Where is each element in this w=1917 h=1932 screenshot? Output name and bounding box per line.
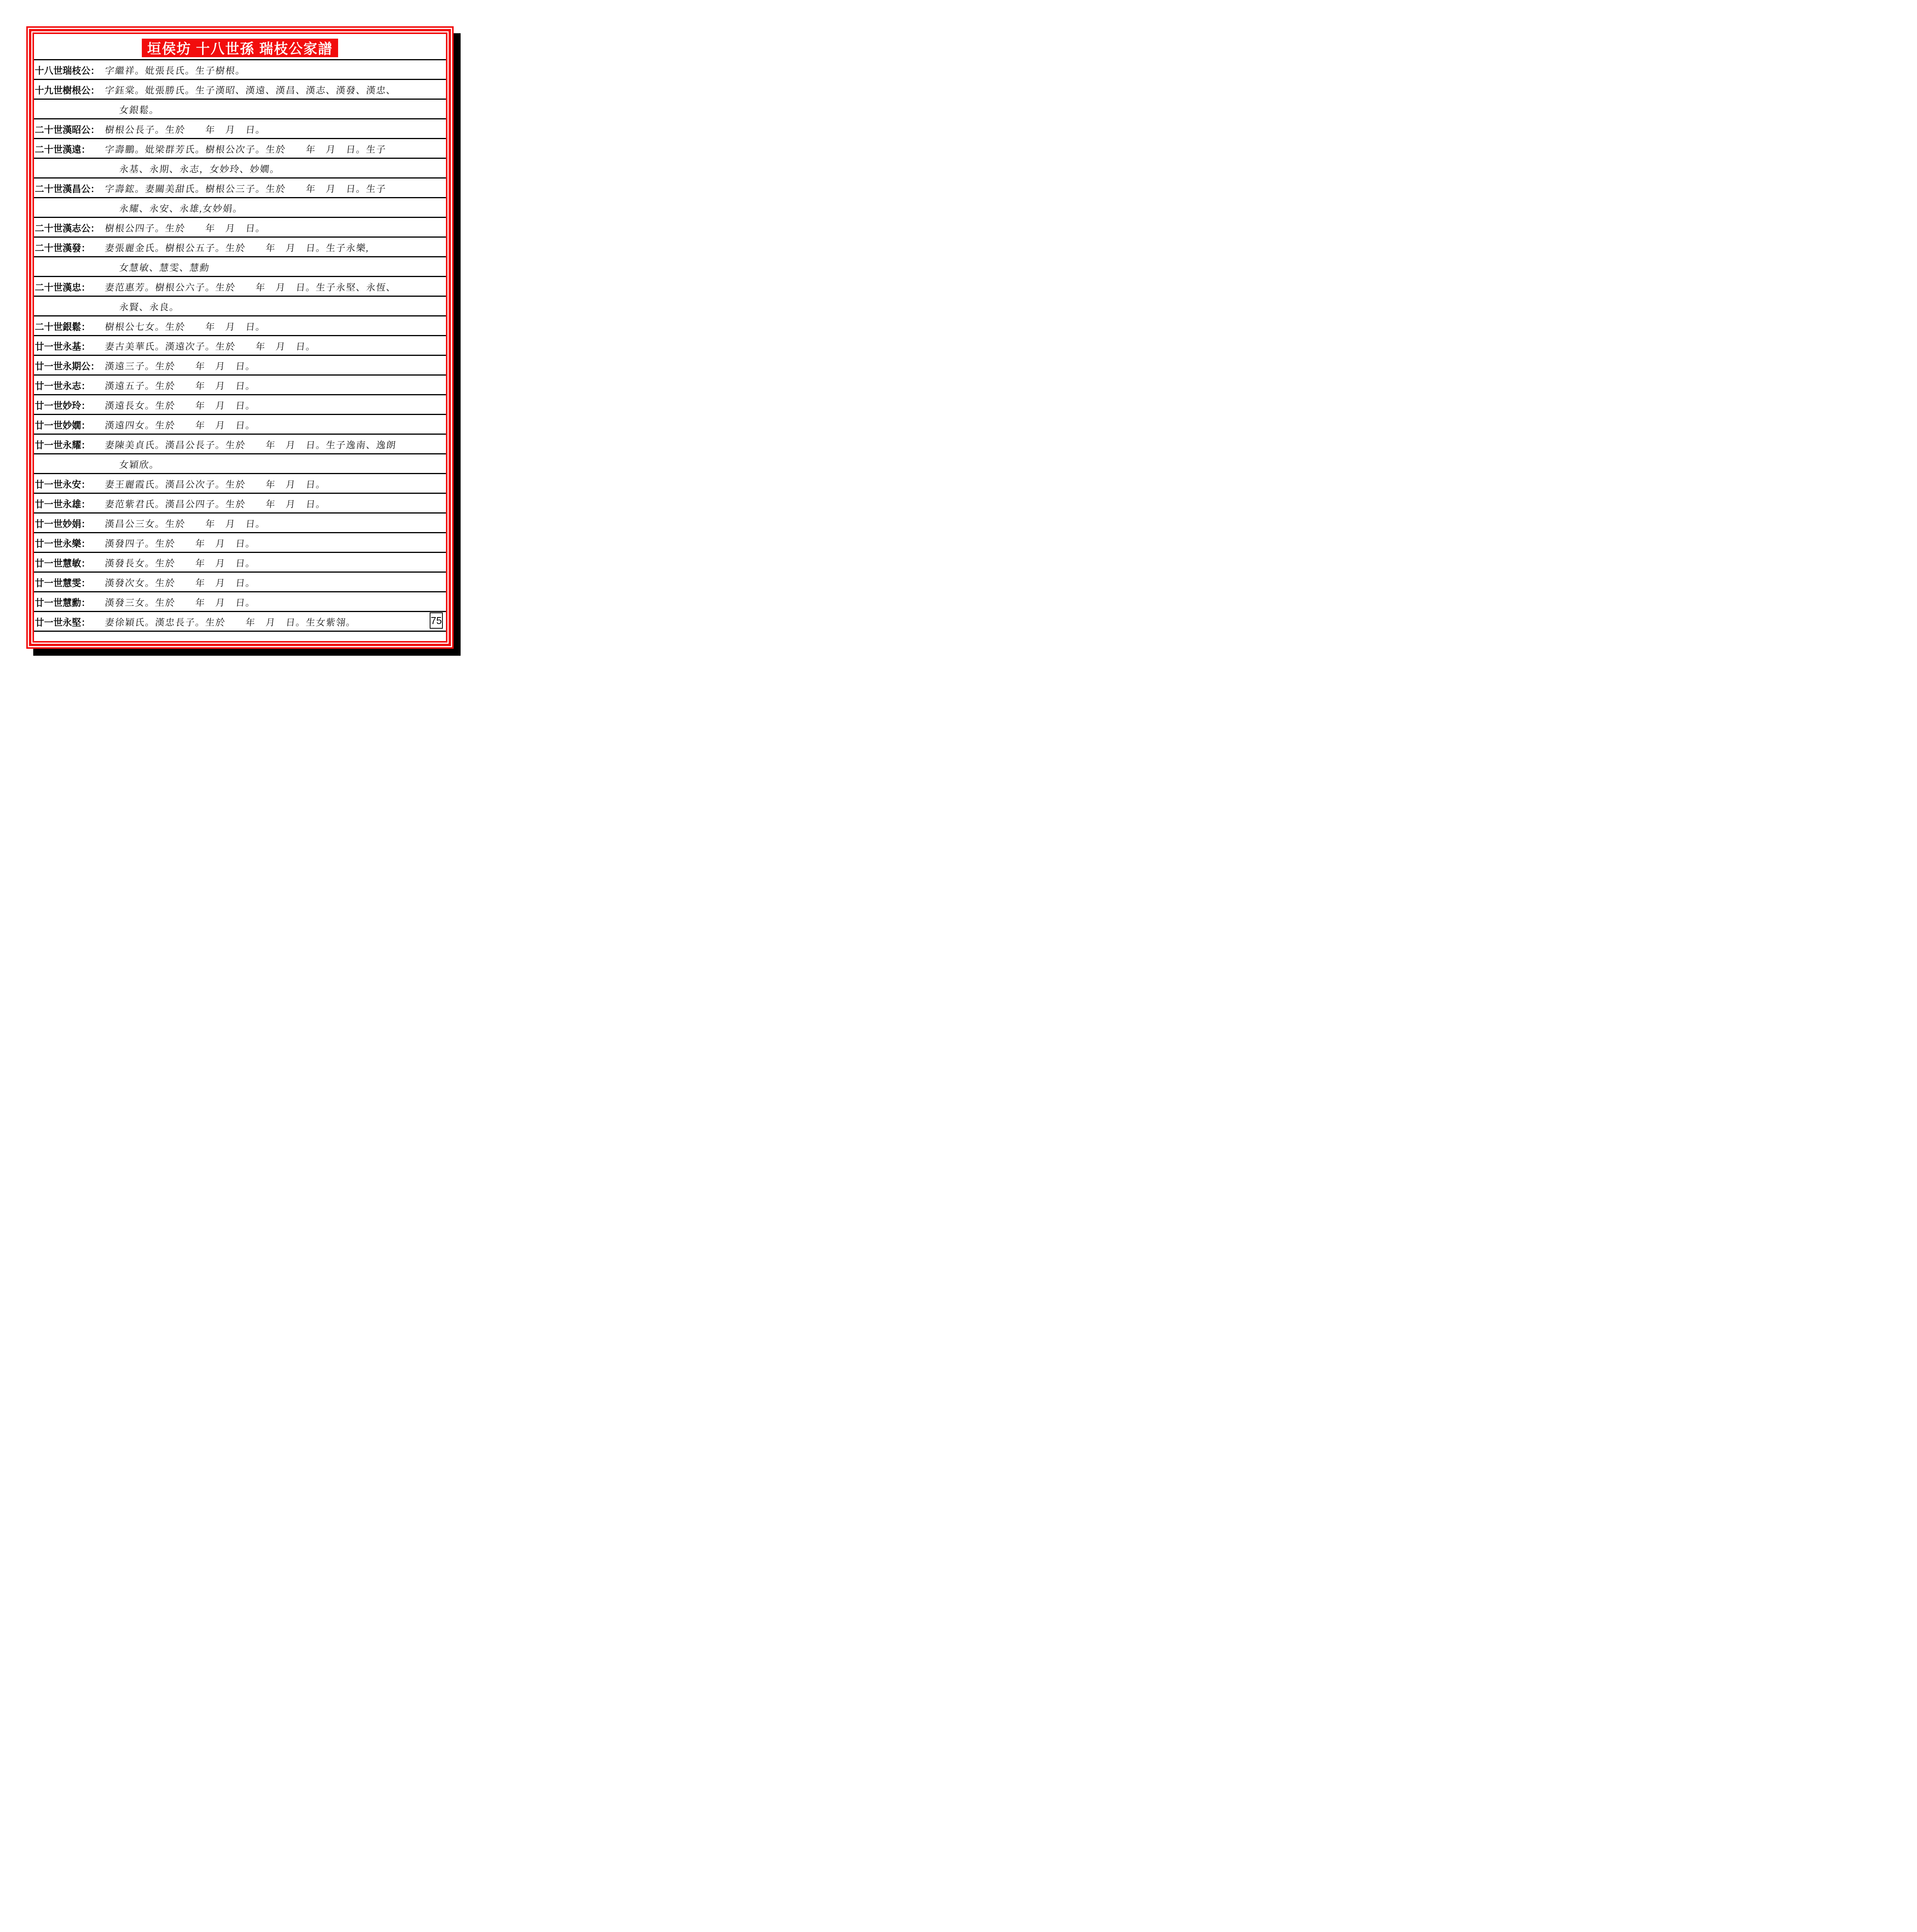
record-text: 漢遠五子。生於 年 月 日。 [104, 378, 257, 392]
record-row: 廿一世永志： 漢遠五子。生於 年 月 日。 [34, 376, 446, 395]
record-generation-label: 廿一世永樂： [34, 536, 104, 549]
record-text: 漢遠三子。生於 年 月 日。 [104, 359, 257, 372]
record-row: 二十世漢發： 妻張麗金氏。樹根公五子。生於 年 月 日。生子永樂, [34, 238, 446, 257]
record-generation-label: 十八世瑞枝公： [34, 63, 104, 77]
record-row: 廿一世永安： 妻王麗霞氏。漢昌公次子。生於 年 月 日。 [34, 474, 446, 494]
record-generation-label: 廿一世妙玲： [34, 398, 104, 412]
record-text: 漢發三女。生於 年 月 日。 [104, 595, 257, 609]
record-generation-label: 廿一世永安： [34, 477, 104, 490]
record-text: 妻范紫君氏。漢昌公四子。生於 年 月 日。 [104, 497, 327, 510]
page-number-badge: 75 [430, 612, 443, 629]
record-text: 妻張麗金氏。樹根公五子。生於 年 月 日。生子永樂, [104, 240, 370, 254]
record-row: 二十世漢昭公： 樹根公長子。生於 年 月 日。 [34, 119, 446, 139]
record-row: 女穎欣。 [34, 454, 446, 474]
record-generation-label: 二十世漢發： [34, 240, 104, 254]
record-text: 字繼祥。妣張長氏。生子樹根。 [104, 63, 247, 77]
record-generation-label: 二十世漢昌公： [34, 181, 104, 195]
record-row: 二十世漢遠： 字壽鵬。妣梁群芳氏。樹根公次子。生於 年 月 日。生子 [34, 139, 446, 159]
record-row: 二十世漢志公： 樹根公四子。生於 年 月 日。 [34, 218, 446, 238]
bottom-filler [34, 632, 446, 641]
record-text: 字壽鋐。妻關美甜氏。樹根公三子。生於 年 月 日。生子 [104, 181, 387, 195]
frame-middle: 垣侯坊 十八世孫 瑞枝公家譜 十八世瑞枝公： 字繼祥。妣張長氏。生子樹根。 十九… [29, 29, 451, 646]
record-text: 漢遠長女。生於 年 月 日。 [104, 398, 257, 412]
record-generation-label: 廿一世永期公： [34, 359, 104, 372]
record-generation-label: 二十世銀鬆： [34, 319, 104, 333]
record-text: 女銀鬆。 [104, 102, 160, 116]
record-generation-label: 廿一世永基： [34, 339, 104, 352]
record-generation-label: 廿一世妙娟： [34, 516, 104, 530]
record-text: 樹根公四子。生於 年 月 日。 [104, 221, 267, 234]
record-text: 女穎欣。 [104, 457, 160, 471]
record-row: 女慧敏、慧雯、慧勳 [34, 257, 446, 277]
record-row: 廿一世永耀： 妻陳美貞氏。漢昌公長子。生於 年 月 日。生子逸南、逸朗 [34, 435, 446, 454]
record-row: 廿一世慧敏： 漢發長女。生於 年 月 日。 [34, 553, 446, 573]
record-text: 漢昌公三女。生於 年 月 日。 [104, 516, 267, 530]
record-text: 永賢、永良。 [104, 299, 180, 313]
record-row: 廿一世妙玲： 漢遠長女。生於 年 月 日。 [34, 395, 446, 415]
record-generation-label: 廿一世永耀： [34, 437, 104, 451]
record-row: 廿一世永樂： 漢發四子。生於 年 月 日。 [34, 533, 446, 553]
record-row: 廿一世慧雯： 漢發次女。生於 年 月 日。 [34, 573, 446, 592]
record-row: 廿一世永期公： 漢遠三子。生於 年 月 日。 [34, 356, 446, 376]
record-text: 字鈺棠。妣張勝氏。生子漢昭、漢遠、漢昌、漢志、漢發、漢忠、 [104, 83, 397, 96]
record-generation-label: 二十世漢昭公： [34, 122, 104, 136]
record-generation-label: 二十世漢遠： [34, 142, 104, 155]
record-text: 樹根公長子。生於 年 月 日。 [104, 122, 267, 136]
document-canvas: 垣侯坊 十八世孫 瑞枝公家譜 十八世瑞枝公： 字繼祥。妣張長氏。生子樹根。 十九… [0, 0, 479, 678]
record-row: 廿一世妙娟： 漢昌公三女。生於 年 月 日。 [34, 514, 446, 533]
record-generation-label: 廿一世永雄： [34, 497, 104, 510]
records-container: 十八世瑞枝公： 字繼祥。妣張長氏。生子樹根。 十九世樹根公： 字鈺棠。妣張勝氏。… [34, 60, 446, 632]
record-text: 女慧敏、慧雯、慧勳 [104, 260, 211, 274]
frame-inner: 垣侯坊 十八世孫 瑞枝公家譜 十八世瑞枝公： 字繼祥。妣張長氏。生子樹根。 十九… [32, 32, 447, 643]
record-generation-label: 廿一世永志： [34, 378, 104, 392]
record-text: 妻陳美貞氏。漢昌公長子。生於 年 月 日。生子逸南、逸朗 [104, 437, 397, 451]
record-row: 二十世銀鬆： 樹根公七女。生於 年 月 日。 [34, 316, 446, 336]
record-row: 二十世漢昌公： 字壽鋐。妻關美甜氏。樹根公三子。生於 年 月 日。生子 [34, 179, 446, 198]
record-text: 永基、永期、永志，女妙玲、妙嫺。 [104, 162, 281, 175]
record-row: 廿一世妙嫺： 漢遠四女。生於 年 月 日。 [34, 415, 446, 435]
record-row: 廿一世永基： 妻古美華氏。漢遠次子。生於 年 月 日。 [34, 336, 446, 356]
record-text: 漢發長女。生於 年 月 日。 [104, 556, 257, 569]
sheet-content: 垣侯坊 十八世孫 瑞枝公家譜 十八世瑞枝公： 字繼祥。妣張長氏。生子樹根。 十九… [34, 34, 446, 641]
record-generation-label: 廿一世慧敏： [34, 556, 104, 569]
page-title: 垣侯坊 十八世孫 瑞枝公家譜 [142, 39, 338, 57]
record-text: 字壽鵬。妣梁群芳氏。樹根公次子。生於 年 月 日。生子 [104, 142, 387, 155]
record-row: 十八世瑞枝公： 字繼祥。妣張長氏。生子樹根。 [34, 60, 446, 80]
record-row: 永耀、永安、永雄,女妙娟。 [34, 198, 446, 218]
record-row: 廿一世永堅： 妻徐穎氏。漢忠長子。生於 年 月 日。生女紫翎。 75 [34, 612, 446, 632]
record-row: 廿一世慧勳： 漢發三女。生於 年 月 日。 [34, 592, 446, 612]
record-row: 二十世漢忠： 妻范惠芳。樹根公六子。生於 年 月 日。生子永堅、永恆、 [34, 277, 446, 297]
record-text: 妻徐穎氏。漢忠長子。生於 年 月 日。生女紫翎。 [104, 615, 357, 628]
record-generation-label: 二十世漢志公： [34, 221, 104, 234]
record-text: 妻王麗霞氏。漢昌公次子。生於 年 月 日。 [104, 477, 327, 490]
record-text: 漢發次女。生於 年 月 日。 [104, 575, 257, 589]
record-generation-label: 廿一世慧勳： [34, 595, 104, 609]
record-generation-label: 廿一世慧雯： [34, 575, 104, 589]
record-row: 永基、永期、永志，女妙玲、妙嫺。 [34, 159, 446, 179]
record-row: 永賢、永良。 [34, 297, 446, 316]
genealogy-page: 垣侯坊 十八世孫 瑞枝公家譜 十八世瑞枝公： 字繼祥。妣張長氏。生子樹根。 十九… [26, 26, 454, 649]
record-text: 漢遠四女。生於 年 月 日。 [104, 418, 257, 431]
title-row: 垣侯坊 十八世孫 瑞枝公家譜 [34, 34, 446, 60]
record-text: 妻古美華氏。漢遠次子。生於 年 月 日。 [104, 339, 317, 352]
record-generation-label: 廿一世妙嫺： [34, 418, 104, 431]
record-generation-label: 廿一世永堅： [34, 615, 104, 628]
record-row: 女銀鬆。 [34, 100, 446, 119]
record-text: 永耀、永安、永雄,女妙娟。 [104, 201, 244, 214]
record-text: 漢發四子。生於 年 月 日。 [104, 536, 257, 549]
record-text: 樹根公七女。生於 年 月 日。 [104, 319, 267, 333]
record-row: 廿一世永雄： 妻范紫君氏。漢昌公四子。生於 年 月 日。 [34, 494, 446, 514]
record-row: 十九世樹根公： 字鈺棠。妣張勝氏。生子漢昭、漢遠、漢昌、漢志、漢發、漢忠、 [34, 80, 446, 100]
record-generation-label: 二十世漢忠： [34, 280, 104, 293]
record-generation-label: 十九世樹根公： [34, 83, 104, 96]
record-text: 妻范惠芳。樹根公六子。生於 年 月 日。生子永堅、永恆、 [104, 280, 397, 293]
